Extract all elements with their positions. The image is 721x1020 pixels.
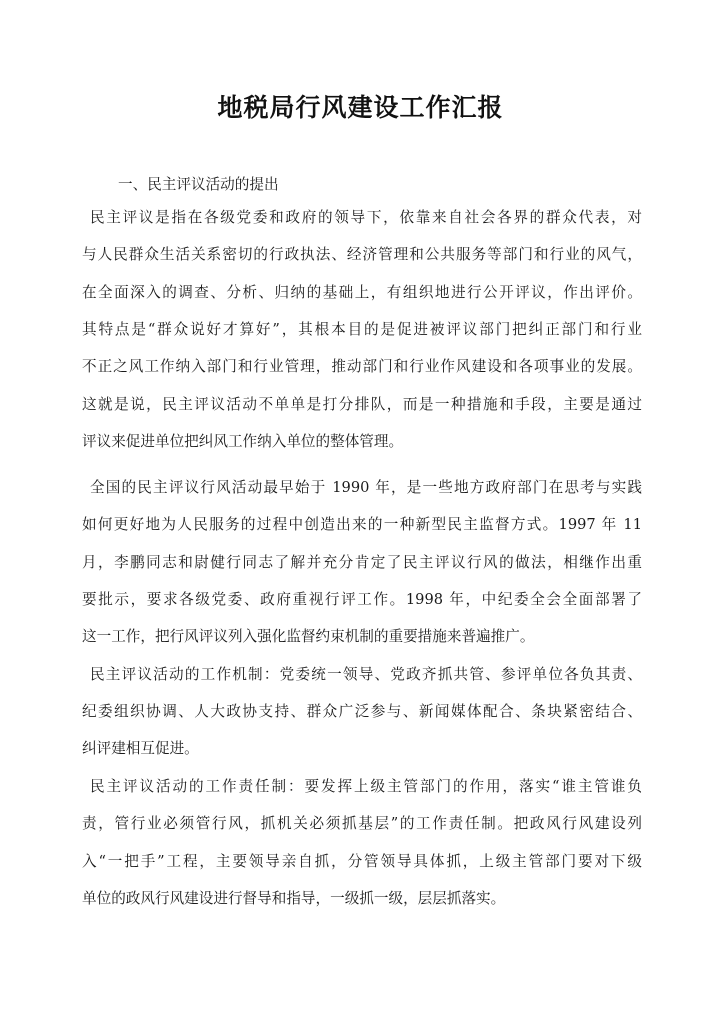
paragraph-line: 民主评议活动的工作责任制：要发挥上级主管部门的作用，落实“谁主管谁负 — [90, 777, 642, 797]
paragraph-line: 入“一把手”工程，主要领导亲自抓，分管领导具体抓，上级主管部门要对下级 — [82, 852, 642, 872]
paragraph-line: 责，管行业必须管行风，抓机关必须抓基层”的工作责任制。把政风行风建设列 — [82, 814, 642, 834]
paragraph-line: 其特点是“群众说好才算好”，其根本目的是促进被评议部门把纠正部门和行业 — [82, 320, 642, 340]
paragraph-line: 如何更好地为人民服务的过程中创造出来的一种新型民主监督方式。1997 年 11 — [82, 515, 642, 535]
document-page: 地税局行风建设工作汇报 一、民主评议活动的提出 民主评议是指在各级党委和政府的领… — [0, 0, 721, 1020]
paragraph-line: 这一工作，把行风评议列入强化监督约束机制的重要措施来普遍推广。 — [82, 627, 642, 647]
paragraph-line: 这就是说，民主评议活动不单单是打分排队，而是一种措施和手段，主要是通过 — [82, 395, 642, 415]
paragraph-line: 不正之风工作纳入部门和行业管理，推动部门和行业作风建设和各项事业的发展。 — [82, 357, 642, 377]
paragraph-line: 要批示，要求各级党委、政府重视行评工作。1998 年，中纪委全会全面部署了 — [82, 590, 642, 610]
paragraph-line: 全国的民主评议行风活动最早始于 1990 年，是一些地方政府部门在思考与实践 — [90, 478, 642, 498]
paragraph-line: 月，李鹏同志和尉健行同志了解并充分肯定了民主评议行风的做法，相继作出重 — [82, 553, 642, 573]
paragraph-line: 纪委组织协调、人大政协支持、群众广泛参与、新闻媒体配合、条块紧密结合、 — [82, 702, 642, 722]
paragraph-line: 纠评建相互促进。 — [82, 739, 642, 759]
paragraph-line: 单位的政风行风建设进行督导和指导，一级抓一级，层层抓落实。 — [82, 889, 642, 909]
section-heading: 一、民主评议活动的提出 — [118, 175, 642, 195]
paragraph-line: 民主评议活动的工作机制：党委统一领导、党政齐抓共管、参评单位各负其责、 — [90, 665, 642, 685]
paragraph-line: 与人民群众生活关系密切的行政执法、经济管理和公共服务等部门和行业的风气， — [82, 245, 642, 265]
document-title: 地税局行风建设工作汇报 — [0, 88, 721, 124]
paragraph-line: 民主评议是指在各级党委和政府的领导下，依靠来自社会各界的群众代表，对 — [90, 208, 642, 228]
paragraph-line: 评议来促进单位把纠风工作纳入单位的整体管理。 — [82, 432, 642, 452]
paragraph-line: 在全面深入的调查、分析、归纳的基础上，有组织地进行公开评议，作出评价。 — [82, 283, 642, 303]
